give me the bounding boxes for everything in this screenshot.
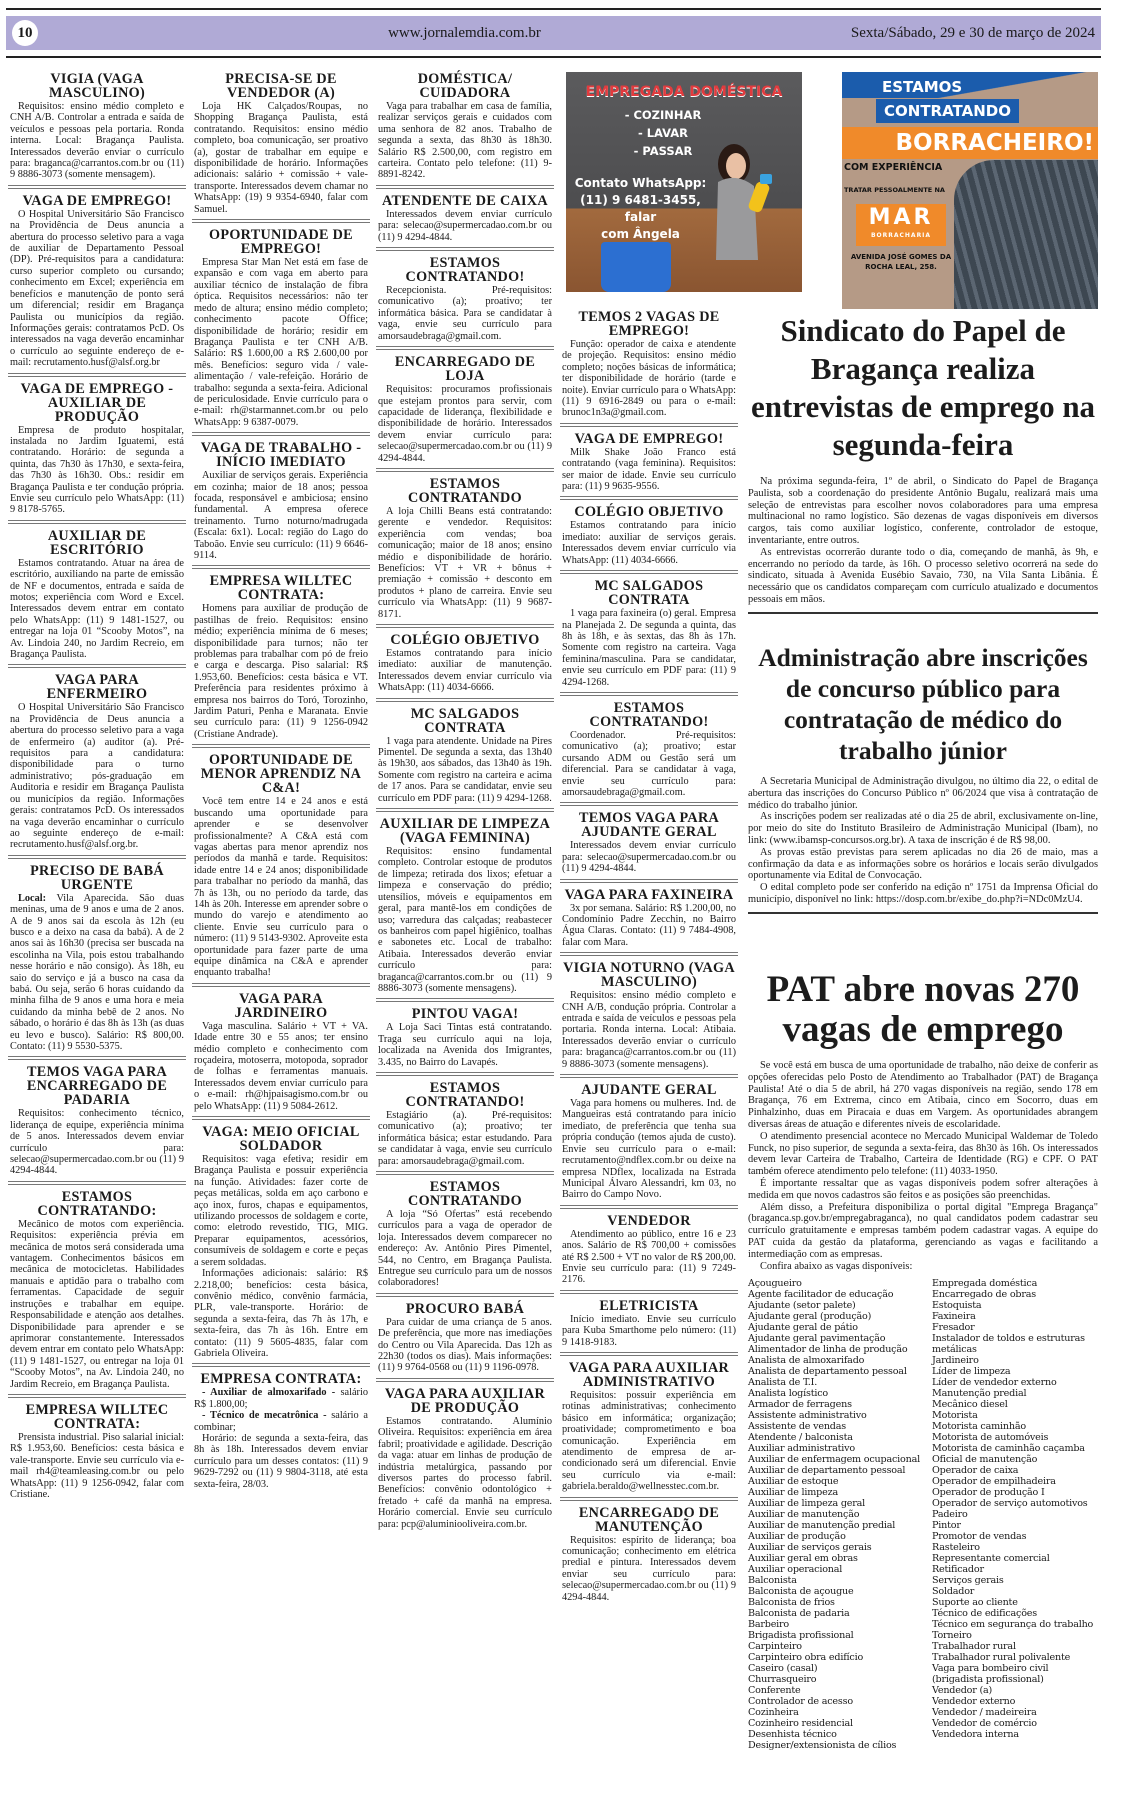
ad-title: TEMOS 2 VAGAS DE EMPREGO! xyxy=(562,310,736,338)
classified-ad: VAGA DE EMPREGO - AUXILIAR DE PRODUÇÃOEm… xyxy=(8,382,186,524)
ad-title: AUXILIAR DE ESCRITÓRIO xyxy=(10,529,184,557)
classifieds-column-3: DOMÉSTICA/ CUIDADORAVaga para trabalhar … xyxy=(376,70,554,1795)
ad-body: Atendimento ao público, entre 16 e 23 an… xyxy=(562,1229,736,1286)
job-title: Desenhista técnico xyxy=(748,1729,928,1740)
ad-title: AJUDANTE GERAL xyxy=(562,1083,736,1097)
article-concurso: Administração abre inscrições de concurs… xyxy=(748,642,1098,914)
ad-body-text: Início imediato. Envie seu currículo par… xyxy=(562,1314,736,1348)
job-title: Serviços gerais xyxy=(928,1575,1098,1586)
article-divider xyxy=(748,612,1098,614)
job-title: Motorista de caminhão caçamba xyxy=(928,1443,1098,1454)
job-title: Alimentador de linha de produção xyxy=(748,1344,928,1355)
ad-item-label: - Auxiliar de almoxarifado - xyxy=(202,1387,335,1398)
ad-body-text: Horário: de segunda a sexta-feira, das 8… xyxy=(194,1433,368,1490)
ad-body-text: 1 vaga para faxineira (o) geral. Empresa… xyxy=(562,608,736,687)
classified-ad: EMPRESA WILLTEC CONTRATA:Homens para aux… xyxy=(192,574,370,748)
job-title: Analista de almoxarifado xyxy=(748,1355,928,1366)
classified-ad: MC SALGADOS CONTRATA1 vaga para atendent… xyxy=(376,707,554,812)
job-title: Vendedor externo xyxy=(928,1696,1098,1707)
article-sindicato: Sindicato do Papel de Bragança realiza e… xyxy=(748,312,1098,614)
classified-ad: OPORTUNIDADE DE MENOR APRENDIZ NA C&A!Vo… xyxy=(192,753,370,987)
banner-line: COM EXPERIÊNCIA xyxy=(844,162,942,173)
ad-body-text: Requisitos: procuramos profissionais que… xyxy=(378,384,552,463)
job-title: Auxiliar operacional xyxy=(748,1564,928,1575)
ad-body-text: Interessados devem enviar currículo para… xyxy=(562,840,736,874)
address-line: ROCHA LEAL, 258. xyxy=(846,262,956,272)
ad-body: Estamos contratando para início imediato… xyxy=(562,520,736,566)
article-headline: PAT abre novas 270 vagas de emprego xyxy=(748,970,1098,1050)
job-list-column-1: AçougueiroAgente facilitador de educação… xyxy=(748,1278,928,1751)
job-title: Vendedor / madeireira xyxy=(928,1707,1098,1718)
job-title: Soldador xyxy=(928,1586,1098,1597)
job-title: Representante comercial xyxy=(928,1553,1098,1564)
job-title: Fresador xyxy=(928,1322,1098,1333)
contact-line: com Ângela xyxy=(568,226,713,243)
article-paragraph: Na próxima segunda-feira, 1º de abril, o… xyxy=(748,476,1098,547)
article-paragraph: O atendimento presencial acontece no Mer… xyxy=(748,1131,1098,1178)
article-paragraph: Além disso, a Prefeitura disponibiliza o… xyxy=(748,1202,1098,1261)
ad-body-text: A loja Chilli Beans está contratando: ge… xyxy=(378,506,552,620)
classified-ad: DOMÉSTICA/ CUIDADORAVaga para trabalhar … xyxy=(376,72,554,189)
job-title: Padeiro xyxy=(928,1509,1098,1520)
job-title: Carpinteiro xyxy=(748,1641,928,1652)
article-paragraph: É importante ressaltar que as vagas disp… xyxy=(748,1178,1098,1202)
ad-body: Requisitos: ensino médio completo e CNH … xyxy=(562,990,736,1070)
classified-ad: ESTAMOS CONTRATANDO!Recepcionista. Pré-r… xyxy=(376,256,554,350)
job-title: Mecânico diesel xyxy=(928,1399,1098,1410)
ad-body: Coordenador. Pré-requisitos: comunicativ… xyxy=(562,730,736,798)
page-header: 10 www.jornalemdia.com.br Sexta/Sábado, … xyxy=(6,16,1101,50)
job-title: Suporte ao cliente xyxy=(928,1597,1098,1608)
ad-body-text: Estagiário (a). Pré-requisitos: comunica… xyxy=(378,1110,552,1167)
job-title: Balconista xyxy=(748,1575,928,1586)
article-divider xyxy=(748,912,1098,914)
ad-body-text: Interessados devem enviar currículo para… xyxy=(378,209,552,243)
job-title: Auxiliar de limpeza xyxy=(748,1487,928,1498)
site-url[interactable]: www.jornalemdia.com.br xyxy=(388,25,541,42)
ad-title: ESTAMOS CONTRATANDO! xyxy=(378,256,552,284)
banner-item: - LAVAR xyxy=(618,126,708,140)
ad-body-text: Empresa de produto hospitalar, instalada… xyxy=(10,425,184,516)
classified-ad: ELETRICISTAInício imediato. Envie seu cu… xyxy=(560,1299,738,1356)
ad-body-text: Empresa Star Man Net está em fase de exp… xyxy=(194,257,368,428)
article-paragraph: A Secretaria Municipal de Administração … xyxy=(748,776,1098,811)
top-rule xyxy=(6,8,1101,10)
classified-ad: VAGA DE EMPREGO!Milk Shake João Franco e… xyxy=(560,432,738,501)
ad-body: Vaga para homens ou mulheres. Ind. de Ma… xyxy=(562,1098,736,1201)
ad-body: 1 vaga para faxineira (o) geral. Empresa… xyxy=(562,608,736,688)
ad-body: Para cuidar de uma criança de 5 anos. De… xyxy=(378,1317,552,1374)
ad-body-text: Mecânico de motos com experiência. Requi… xyxy=(10,1219,184,1390)
classified-ad: ESTAMOS CONTRATANDO!Estagiário (a). Pré-… xyxy=(376,1081,554,1175)
classified-ad: VAGA: MEIO OFICIAL SOLDADORRequisitos: v… xyxy=(192,1125,370,1367)
ad-body-text: Homens para auxiliar de produção de past… xyxy=(194,603,368,739)
classified-ad: VAGA PARA ENFERMEIROO Hospital Universit… xyxy=(8,673,186,858)
job-title: Retificador xyxy=(928,1564,1098,1575)
ad-body-text: Estamos contratando para início imediato… xyxy=(378,648,552,693)
banner-address: AVENIDA JOSÉ GOMES DA ROCHA LEAL, 258. xyxy=(846,252,956,272)
ad-body: Vaga para trabalhar em casa de família, … xyxy=(378,101,552,181)
ad-title: AUXILIAR DE LIMPEZA (VAGA FEMININA) xyxy=(378,817,552,845)
job-title: Auxiliar de estoque xyxy=(748,1476,928,1487)
job-title: Auxiliar de serviços gerais xyxy=(748,1542,928,1553)
ad-banner-empregada-domestica: EMPREGADA DOMÉSTICA - COZINHAR - LAVAR -… xyxy=(566,72,802,292)
ad-item: - Auxiliar de almoxarifado - salário R$ … xyxy=(194,1387,368,1410)
job-title: Auxiliar de manutenção xyxy=(748,1509,928,1520)
ad-title: ENCARREGADO DE MANUTENÇÃO xyxy=(562,1506,736,1534)
job-title: Oficial de manutenção xyxy=(928,1454,1098,1465)
classified-ad: OPORTUNIDADE DE EMPREGO!Empresa Star Man… xyxy=(192,228,370,436)
ad-title: ESTAMOS CONTRATANDO xyxy=(378,477,552,505)
article-headline: Sindicato do Papel de Bragança realiza e… xyxy=(748,312,1098,464)
job-title: Brigadista profissional xyxy=(748,1630,928,1641)
job-title: Operador de caixa xyxy=(928,1465,1098,1476)
ad-title: VAGA PARA AUXILIAR DE PRODUÇÃO xyxy=(378,1387,552,1415)
ad-body: O Hospital Universitário São Francisco n… xyxy=(10,702,184,850)
ad-body: Interessados devem enviar currículo para… xyxy=(378,209,552,243)
classified-ad: ENCARREGADO DE LOJARequisitos: procuramo… xyxy=(376,355,554,472)
job-title: Controlador de acesso xyxy=(748,1696,928,1707)
classified-ad: PROCURO BABÁPara cuidar de uma criança d… xyxy=(376,1302,554,1382)
ad-body: 1 vaga para atendente. Unidade na Pires … xyxy=(378,736,552,804)
job-title: Açougueiro xyxy=(748,1278,928,1289)
classified-ad: PRECISA-SE DE VENDEDOR (A)Loja HK Calçad… xyxy=(192,72,370,223)
banner-line: CONTRATANDO xyxy=(876,99,1019,123)
job-title: Ajudante geral pavimentação xyxy=(748,1333,928,1344)
mar-borracharia-logo: MAR BORRACHARIA xyxy=(856,204,946,246)
ad-title: MC SALGADOS CONTRATA xyxy=(562,579,736,607)
classified-ad: VAGA PARA AUXILIAR ADMINISTRATIVORequisi… xyxy=(560,1361,738,1501)
brand-name: MAR xyxy=(856,204,946,232)
job-title: Motorista xyxy=(928,1410,1098,1421)
ad-body: Homens para auxiliar de produção de past… xyxy=(194,603,368,740)
ad-body-text: Vaga para trabalhar em casa de família, … xyxy=(378,101,552,180)
ad-title: VIGIA NOTURNO (VAGA MASCULINO) xyxy=(562,961,736,989)
job-title: Balconista de frios xyxy=(748,1597,928,1608)
classified-ad: VIGIA NOTURNO (VAGA MASCULINO)Requisitos… xyxy=(560,961,738,1078)
article-paragraph: As provas estão previstas para serem apl… xyxy=(748,847,1098,882)
job-title: Auxiliar de manutenção predial xyxy=(748,1520,928,1531)
ad-body: A Loja Saci Tintas está contratando. Tra… xyxy=(378,1022,552,1068)
ad-body-text: Para cuidar de uma criança de 5 anos. De… xyxy=(378,1317,552,1374)
job-title: Analista de T.I. xyxy=(748,1377,928,1388)
job-title: Vendedor (a) xyxy=(928,1685,1098,1696)
job-title: Líder de vendedor externo xyxy=(928,1377,1098,1388)
ad-body-text: Requisitos: ensino médio completo e CNH … xyxy=(562,990,736,1069)
ad-body: Horário: de segunda a sexta-feira, das 8… xyxy=(194,1433,368,1490)
classified-ad: ESTAMOS CONTRATANDO:Mecânico de motos co… xyxy=(8,1190,186,1398)
job-title: Auxiliar geral em obras xyxy=(748,1553,928,1564)
ad-title: VENDEDOR xyxy=(562,1214,736,1228)
ad-title: PRECISO DE BABÁ URGENTE xyxy=(10,864,184,892)
ad-title: ESTAMOS CONTRATANDO! xyxy=(562,701,736,729)
ad-body-text: O Hospital Universitário São Francisco n… xyxy=(10,209,184,368)
ad-title: VAGA PARA JARDINEIRO xyxy=(194,992,368,1020)
job-title: Assistente administrativo xyxy=(748,1410,928,1421)
address-line: AVENIDA JOSÉ GOMES DA xyxy=(846,252,956,262)
ad-title: VIGIA (VAGA MASCULINO) xyxy=(10,72,184,100)
ad-item: - Técnico de mecatrônica - salário a com… xyxy=(194,1410,368,1433)
contact-line: Contato WhatsApp: xyxy=(568,175,713,192)
ad-title: ELETRICISTA xyxy=(562,1299,736,1313)
ad-body-text: Recepcionista. Pré-requisitos: comunicat… xyxy=(378,285,552,342)
job-title: Analista logístico xyxy=(748,1388,928,1399)
ad-body: O Hospital Universitário São Francisco n… xyxy=(10,209,184,369)
article-pat: PAT abre novas 270 vagas de emprego Se v… xyxy=(748,970,1098,1751)
ad-body-text: Estamos contratando para início imediato… xyxy=(562,520,736,565)
banner-line: TRATAR PESSOALMENTE NA xyxy=(844,186,945,194)
ad-title: OPORTUNIDADE DE EMPREGO! xyxy=(194,228,368,256)
ad-body: 3x por semana. Salário: R$ 1.200,00, no … xyxy=(562,903,736,949)
classified-ad: TEMOS 2 VAGAS DE EMPREGO!Função: operado… xyxy=(560,310,738,427)
ad-title: ESTAMOS CONTRATANDO xyxy=(378,1180,552,1208)
job-title: Líder de limpeza xyxy=(928,1366,1098,1377)
job-title: Promotor de vendas xyxy=(928,1531,1098,1542)
ad-body-text: Requisitos: espírito de liderança; boa c… xyxy=(562,1535,736,1603)
ad-title: MC SALGADOS CONTRATA xyxy=(378,707,552,735)
job-title: Operador de produção I xyxy=(928,1487,1098,1498)
ad-lead: Local: xyxy=(18,893,46,904)
classified-ad: VAGA PARA JARDINEIROVaga masculina. Salá… xyxy=(192,992,370,1120)
classified-ad: VENDEDORAtendimento ao público, entre 16… xyxy=(560,1214,738,1294)
job-title: Vendedor de comércio xyxy=(928,1718,1098,1729)
ad-body-text: Atendimento ao público, entre 16 e 23 an… xyxy=(562,1229,736,1286)
banner-contact: Contato WhatsApp: (11) 9 6481-3455, fala… xyxy=(568,175,713,243)
banner-headline: BORRACHEIRO! xyxy=(842,127,1098,159)
ad-title: VAGA DE TRABALHO - INÍCIO IMEDIATO xyxy=(194,441,368,469)
ad-body-text: Requisitos: vaga efetiva; residir em Bra… xyxy=(194,1154,368,1268)
ad-body: Estamos contratando. Alumínio Oliveira. … xyxy=(378,1416,552,1530)
ad-body: Requisitos: procuramos profissionais que… xyxy=(378,384,552,464)
classifieds-column-1: VIGIA (VAGA MASCULINO)Requisitos: ensino… xyxy=(8,70,186,1795)
ad-title: TEMOS VAGA PARA ENCARREGADO DE PADARIA xyxy=(10,1065,184,1107)
page-number: 10 xyxy=(12,20,38,46)
classified-ad: VAGA PARA AUXILIAR DE PRODUÇÃOEstamos co… xyxy=(376,1387,554,1534)
job-title: Carpinteiro obra edifício xyxy=(748,1652,928,1663)
woman-cleaning-illustration xyxy=(706,142,776,262)
job-title: Churrasqueiro xyxy=(748,1674,928,1685)
job-title: Auxiliar de enfermagem ocupacional xyxy=(748,1454,928,1465)
ad-body-text: 3x por semana. Salário: R$ 1.200,00, no … xyxy=(562,903,736,948)
job-title: Auxiliar administrativo xyxy=(748,1443,928,1454)
ad-title: VAGA PARA AUXILIAR ADMINISTRATIVO xyxy=(562,1361,736,1389)
ad-body-text: Você tem entre 14 e 24 anos e está busca… xyxy=(194,796,368,978)
job-title: Pintor xyxy=(928,1520,1098,1531)
ad-body: Auxiliar de serviços gerais. Experiência… xyxy=(194,470,368,561)
classified-ad: ENCARREGADO DE MANUTENÇÃORequisitos: esp… xyxy=(560,1506,738,1607)
job-title: Vaga para bombeiro civil (brigadista pro… xyxy=(928,1663,1098,1685)
ad-body-text: Milk Shake João Franco está contratando … xyxy=(562,447,736,492)
ad-title: EMPRESA WILLTEC CONTRATA: xyxy=(194,574,368,602)
ad-body: Função: operador de caixa e atendente de… xyxy=(562,339,736,419)
classified-ad: COLÉGIO OBJETIVOEstamos contratando para… xyxy=(376,633,554,702)
classified-ad: TEMOS VAGA PARA AJUDANTE GERALInteressad… xyxy=(560,811,738,882)
job-title: Barbeiro xyxy=(748,1619,928,1630)
job-title: Trabalhador rural xyxy=(928,1641,1098,1652)
job-title: Armador de ferragens xyxy=(748,1399,928,1410)
classified-ad: MC SALGADOS CONTRATA1 vaga para faxineir… xyxy=(560,579,738,696)
job-list-column-2: Empregada domésticaEncarregado de obrasE… xyxy=(928,1278,1098,1751)
classified-ad: VAGA PARA FAXINEIRA3x por semana. Salári… xyxy=(560,888,738,957)
job-title: Ajudante (setor palete) xyxy=(748,1300,928,1311)
job-title: Analista de departamento pessoal xyxy=(748,1366,928,1377)
classifieds-column-2: PRECISA-SE DE VENDEDOR (A)Loja HK Calçad… xyxy=(192,70,370,1795)
job-title: Atendente / balconista xyxy=(748,1432,928,1443)
ad-body-text: Vaga para homens ou mulheres. Ind. de Ma… xyxy=(562,1098,736,1200)
job-title: Torneiro xyxy=(928,1630,1098,1641)
classified-ad: ESTAMOS CONTRATANDOA loja “Só Ofertas” e… xyxy=(376,1180,554,1297)
job-title: Cozinheira xyxy=(748,1707,928,1718)
ad-body-text: Coordenador. Pré-requisitos: comunicativ… xyxy=(562,730,736,798)
ad-title: PROCURO BABÁ xyxy=(378,1302,552,1316)
ad-body: Empresa Star Man Net está em fase de exp… xyxy=(194,257,368,428)
ad-body-text: 1 vaga para atendente. Unidade na Pires … xyxy=(378,736,552,804)
ad-title: COLÉGIO OBJETIVO xyxy=(562,505,736,519)
ad-body-text: Função: operador de caixa e atendente de… xyxy=(562,339,736,418)
ad-body: Recepcionista. Pré-requisitos: comunicat… xyxy=(378,285,552,342)
ad-title: PRECISA-SE DE VENDEDOR (A) xyxy=(194,72,368,100)
job-title: Trabalhador rural polivalente xyxy=(928,1652,1098,1663)
ad-body: Empresa de produto hospitalar, instalada… xyxy=(10,425,184,516)
article-paragraph: As inscrições podem ser realizadas até o… xyxy=(748,811,1098,846)
tire-image xyxy=(954,160,1098,309)
job-title: Jardineiro xyxy=(928,1355,1098,1366)
job-title: Manutenção predial xyxy=(928,1388,1098,1399)
ad-title: DOMÉSTICA/ CUIDADORA xyxy=(378,72,552,100)
ad-body: Prensista industrial. Piso salarial inic… xyxy=(10,1432,184,1500)
ad-body: Requisitos: ensino fundamental completo.… xyxy=(378,846,552,994)
ad-body: Estagiário (a). Pré-requisitos: comunica… xyxy=(378,1110,552,1167)
ad-body: Requisitos: vaga efetiva; residir em Bra… xyxy=(194,1154,368,1268)
job-title: Motorista de automóveis xyxy=(928,1432,1098,1443)
ad-body: A loja Chilli Beans está contratando: ge… xyxy=(378,506,552,620)
ad-item-label: - Técnico de mecatrônica - xyxy=(202,1410,327,1421)
ad-body: Informações adicionais: salário: R$ 2.21… xyxy=(194,1268,368,1359)
classified-ad: AUXILIAR DE ESCRITÓRIOEstamos contratand… xyxy=(8,529,186,669)
ad-title: ENCARREGADO DE LOJA xyxy=(378,355,552,383)
article-paragraph: Se você está em busca de uma oportunidad… xyxy=(748,1060,1098,1131)
ad-title: OPORTUNIDADE DE MENOR APRENDIZ NA C&A! xyxy=(194,753,368,795)
job-title: Auxiliar de limpeza geral xyxy=(748,1498,928,1509)
job-title: Motorista caminhão xyxy=(928,1421,1098,1432)
banner-item: - PASSAR xyxy=(618,144,708,158)
ad-body-text: Auxiliar de serviços gerais. Experiência… xyxy=(194,470,368,561)
ad-title: VAGA: MEIO OFICIAL SOLDADOR xyxy=(194,1125,368,1153)
article-paragraph: As entrevistas ocorrerão durante todo o … xyxy=(748,547,1098,606)
job-title: Operador de empilhadeira xyxy=(928,1476,1098,1487)
ad-title: VAGA DE EMPREGO! xyxy=(10,194,184,208)
ad-body: Requisitos: possuir experiência em rotin… xyxy=(562,1390,736,1493)
job-title: Balconista de padaria xyxy=(748,1608,928,1619)
classified-ad: AJUDANTE GERALVaga para homens ou mulher… xyxy=(560,1083,738,1209)
classifieds-column-4: TEMOS 2 VAGAS DE EMPREGO!Função: operado… xyxy=(560,308,738,1798)
job-title: Auxiliar de produção xyxy=(748,1531,928,1542)
job-title: Agente facilitador de educação xyxy=(748,1289,928,1300)
ad-body-text: Prensista industrial. Piso salarial inic… xyxy=(10,1432,184,1500)
classified-ad: TEMOS VAGA PARA ENCARREGADO DE PADARIARe… xyxy=(8,1065,186,1184)
ad-title: VAGA PARA FAXINEIRA xyxy=(562,888,736,902)
brand-subtitle: BORRACHARIA xyxy=(856,232,946,239)
ad-body-text: A loja “Só Ofertas” está recebendo currí… xyxy=(378,1209,552,1288)
job-listing: AçougueiroAgente facilitador de educação… xyxy=(748,1278,1098,1751)
ad-body-text: Vaga masculina. Salário + VT + VA. Idade… xyxy=(194,1021,368,1112)
ad-body: Milk Shake João Franco está contratando … xyxy=(562,447,736,493)
classified-ad: ESTAMOS CONTRATANDO!Coordenador. Pré-req… xyxy=(560,701,738,806)
ad-body-text: Vila Aparecida. São duas meninas, uma de… xyxy=(10,893,184,1052)
job-title: Operador de serviço automotivos xyxy=(928,1498,1098,1509)
ad-body-text: Estamos contratando. Alumínio Oliveira. … xyxy=(378,1416,552,1530)
classified-ad: VIGIA (VAGA MASCULINO)Requisitos: ensino… xyxy=(8,72,186,189)
ad-body-text: A Loja Saci Tintas está contratando. Tra… xyxy=(378,1022,552,1067)
ad-body: Mecânico de motos com experiência. Requi… xyxy=(10,1219,184,1390)
ad-title: VAGA DE EMPREGO - AUXILIAR DE PRODUÇÃO xyxy=(10,382,184,424)
banner-swoosh xyxy=(842,72,1098,98)
classified-ad: PRECISO DE BABÁ URGENTELocal: Vila Apare… xyxy=(8,864,186,1061)
ad-title: VAGA PARA ENFERMEIRO xyxy=(10,673,184,701)
classified-ad: AUXILIAR DE LIMPEZA (VAGA FEMININA)Requi… xyxy=(376,817,554,1002)
article-paragraph: Confira abaixo as vagas disponíveis: xyxy=(748,1261,1098,1273)
ad-body-text: Loja HK Calçados/Roupas, no Shopping Bra… xyxy=(194,101,368,215)
ad-body-text: O Hospital Universitário São Francisco n… xyxy=(10,702,184,850)
ad-title: PINTOU VAGA! xyxy=(378,1007,552,1021)
banner-line: ESTAMOS xyxy=(882,78,962,96)
job-title: Ajudante geral (produção) xyxy=(748,1311,928,1322)
classified-ad: ATENDENTE DE CAIXAInteressados devem env… xyxy=(376,194,554,251)
job-title: Instalador de toldos e estruturas metáli… xyxy=(928,1333,1098,1355)
contact-line: (11) 9 6481-3455, falar xyxy=(568,192,713,226)
ad-body: Requisitos: conhecimento técnico, lidera… xyxy=(10,1108,184,1176)
cleaning-basket-icon xyxy=(601,242,671,292)
ad-body: Estamos contratando para início imediato… xyxy=(378,648,552,694)
ad-body: Local: Vila Aparecida. São duas meninas,… xyxy=(10,893,184,1053)
ad-body-text: Requisitos: possuir experiência em rotin… xyxy=(562,1390,736,1492)
classified-ad: PINTOU VAGA!A Loja Saci Tintas está cont… xyxy=(376,1007,554,1076)
classified-ad: VAGA DE TRABALHO - INÍCIO IMEDIATOAuxili… xyxy=(192,441,370,569)
edition-date: Sexta/Sábado, 29 e 30 de março de 2024 xyxy=(851,25,1095,42)
ad-body: Interessados devem enviar currículo para… xyxy=(562,840,736,874)
ad-title: TEMOS VAGA PARA AJUDANTE GERAL xyxy=(562,811,736,839)
ad-title: COLÉGIO OBJETIVO xyxy=(378,633,552,647)
ad-body-text: Estamos contratando. Atuar na área de es… xyxy=(10,558,184,660)
ad-title: VAGA DE EMPREGO! xyxy=(562,432,736,446)
job-title: Balconista de açougue xyxy=(748,1586,928,1597)
job-title: Auxiliar de departamento pessoal xyxy=(748,1465,928,1476)
job-title: Empregada doméstica xyxy=(928,1278,1098,1289)
classified-ad: COLÉGIO OBJETIVOEstamos contratando para… xyxy=(560,505,738,574)
job-title: Faxineira xyxy=(928,1311,1098,1322)
classified-ad: ESTAMOS CONTRATANDOA loja Chilli Beans e… xyxy=(376,477,554,628)
banner-title: EMPREGADA DOMÉSTICA xyxy=(566,84,802,100)
job-title: Ajudante geral de pátio xyxy=(748,1322,928,1333)
ad-body-text: Requisitos: conhecimento técnico, lidera… xyxy=(10,1108,184,1176)
classified-ad: VAGA DE EMPREGO!O Hospital Universitário… xyxy=(8,194,186,377)
classified-ad: EMPRESA CONTRATA:- Auxiliar de almoxarif… xyxy=(192,1372,370,1494)
ad-title: ESTAMOS CONTRATANDO: xyxy=(10,1190,184,1218)
ad-title: ESTAMOS CONTRATANDO! xyxy=(378,1081,552,1109)
job-title: Designer/extensionista de cílios xyxy=(748,1740,928,1751)
job-title: Vendedora interna xyxy=(928,1729,1098,1740)
job-title: Técnico de edificações xyxy=(928,1608,1098,1619)
banner-item: - COZINHAR xyxy=(618,108,708,122)
job-title: Cozinheiro residencial xyxy=(748,1718,928,1729)
ad-body: Início imediato. Envie seu currículo par… xyxy=(562,1314,736,1348)
ad-body: A loja “Só Ofertas” está recebendo currí… xyxy=(378,1209,552,1289)
article-paragraph: O edital completo pode ser conferido na … xyxy=(748,882,1098,906)
job-title: Técnico em segurança do trabalho xyxy=(928,1619,1098,1630)
ad-title: EMPRESA WILLTEC CONTRATA: xyxy=(10,1403,184,1431)
job-title: Conferente xyxy=(748,1685,928,1696)
job-title: Caseiro (casal) xyxy=(748,1663,928,1674)
